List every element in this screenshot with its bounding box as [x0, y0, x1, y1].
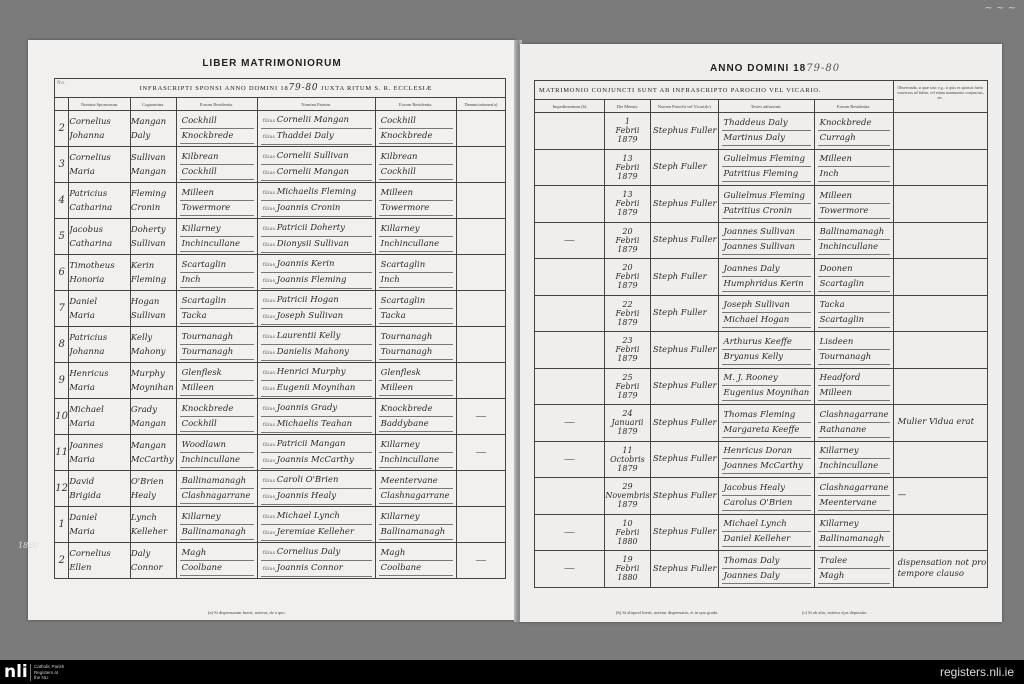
residence-line: Scartaglin [180, 294, 254, 309]
fathers-names-line: filius Thaddei Daly [261, 129, 372, 145]
table-row: —24Januarii1879Stephus FullerThomas Flem… [535, 405, 988, 442]
surnames-line: Moynihan [131, 381, 176, 395]
marriage-register-table: No. INFRASCRIPTI SPONSI ANNO DOMINI 1879… [54, 78, 506, 579]
residence-line: Kilbrean [180, 150, 254, 165]
witnesses-line: Joannes Sullivan [722, 240, 811, 255]
col-header: Nomen Parochi vel Vicarii(c) [650, 100, 718, 113]
groom-bride-names-line: Maria [69, 381, 130, 395]
table-row: 2CorneliusEllenDalyConnorMaghCoolbanefil… [55, 543, 506, 579]
witness-residence-line: Doonen [818, 262, 890, 277]
fathers-residence: TournanaghTournanagh [375, 327, 456, 363]
surnames-line: Connor [131, 561, 176, 575]
left-page: LIBER MATRIMONIORUM No. INFRASCRIPTI SPO… [28, 40, 516, 620]
table-row: 1DanielMariaLynchKelleherKillarneyBallin… [55, 507, 506, 543]
fathers-residence-line: Knockbrede [379, 402, 453, 417]
col-header: Cognomina. [130, 98, 176, 111]
observations [893, 186, 987, 223]
table-row: 11JoannesMariaManganMcCarthyWoodlawnInch… [55, 435, 506, 471]
fathers-names-line: filius Henrici Murphy [261, 365, 372, 381]
table-row: 22Febrii1879Steph FullerJoseph SullivanM… [535, 295, 988, 332]
groom-bride-names-line: Maria [69, 453, 130, 467]
witness-residence-line: Tacka [818, 298, 890, 313]
witnesses-line: Carolus O'Brien [722, 496, 811, 511]
groom-bride-names-line: Maria [69, 309, 130, 323]
witness-residence: HeadfordMilleen [814, 368, 893, 405]
priest-name: Stephus Fuller [650, 405, 718, 442]
groom-bride-names-line: Henricus [69, 367, 130, 381]
groom-bride-names-line: Honoria [69, 273, 130, 287]
fathers-names-line: filius Michaelis Fleming [261, 185, 372, 201]
groom-bride-names-line: Daniel [69, 511, 130, 525]
groom-bride-names: CorneliusEllen [69, 543, 131, 579]
table-row: —11Octobris1879Stephus FullerHenricus Do… [535, 441, 988, 478]
witnesses-line: Henricus Doran [722, 444, 811, 459]
surnames-line: Mahony [131, 345, 176, 359]
groom-bride-names-line: Catharina [69, 201, 130, 215]
residence: KnockbredeCockhill [176, 399, 257, 435]
groom-bride-names: DavidBrigida [69, 471, 131, 507]
fathers-residence-line: Milleen [379, 186, 453, 201]
fathers-names-line: filius Joannis Fleming [261, 273, 372, 289]
witness-residence-line: Killarney [818, 517, 890, 532]
residence-line: Knockbrede [180, 402, 254, 417]
fathers-residence-line: Inchincullane [379, 453, 453, 468]
entry-number: 1 [55, 507, 69, 543]
entry-number: 3 [55, 147, 69, 183]
fathers-residence: KillarneyInchincullane [375, 435, 456, 471]
residence: KilbreanCockhill [176, 147, 257, 183]
entry-number: 11 [55, 435, 69, 471]
site-link[interactable]: registers.nli.ie [940, 665, 1014, 679]
witnesses-line: Gulielmus Fleming [722, 189, 811, 204]
fathers-residence-line: Coolbane [379, 561, 453, 576]
observations [893, 441, 987, 478]
fathers-residence: KillarneyBallinamanagh [375, 507, 456, 543]
fathers-names-line: filius Laurentii Kelly [261, 329, 372, 345]
observations: Mulier Vidua erat [893, 405, 987, 442]
table-row: 13Febrii1879Steph FullerGulielmus Flemin… [535, 149, 988, 186]
fathers-names: filius Patricii Hoganfilius Joseph Sulli… [257, 291, 375, 327]
fathers-residence-line: Scartaglin [379, 294, 453, 309]
residence: BallinamanaghClashnagarrane [176, 471, 257, 507]
fathers-residence-line: Ballinamanagh [379, 525, 453, 540]
surnames-line: Mangan [131, 417, 176, 431]
fathers-names: filius Patricii Dohertyfilius Dionysii S… [257, 219, 375, 255]
surnames: DalyConnor [130, 543, 176, 579]
groom-bride-names: DanielMaria [69, 507, 131, 543]
fathers-names: filius Laurentii Kellyfilius Danielis Ma… [257, 327, 375, 363]
observations: dispensation not pro tempore clauso [893, 551, 987, 588]
denunciations [456, 111, 505, 147]
witness-residence-line: Meentervane [818, 496, 890, 511]
residence-line: Ballinamanagh [180, 474, 254, 489]
residence-line: Killarney [180, 222, 254, 237]
residence-line: Knockbrede [180, 129, 254, 144]
table-row: —20Febrii1879Stephus FullerJoannes Sulli… [535, 222, 988, 259]
impediment [535, 259, 605, 296]
fathers-residence-line: Killarney [379, 438, 453, 453]
residence: WoodlawnInchincullane [176, 435, 257, 471]
denunciations [456, 147, 505, 183]
surnames-line: Sullivan [131, 151, 176, 165]
surnames-line: Hogan [131, 295, 176, 309]
surnames: GradyMangan [130, 399, 176, 435]
groom-bride-names: CorneliusJohanna [69, 111, 131, 147]
witness-residence-line: Inchincullane [818, 459, 890, 474]
witness-residence-line: Ballinamanagh [818, 532, 890, 547]
priest-name: Stephus Fuller [650, 332, 718, 369]
surnames: KerinFleming [130, 255, 176, 291]
residence-line: Inch [180, 273, 254, 288]
witness-residence: ClashnagarraneMeentervane [814, 478, 893, 515]
groom-bride-names: DanielMaria [69, 291, 131, 327]
table-row: 7DanielMariaHoganSullivanScartaglinTacka… [55, 291, 506, 327]
marriage-date: 11Octobris1879 [605, 441, 651, 478]
witnesses: Joseph SullivanMichael Hogan [718, 295, 814, 332]
surnames-line: Daly [131, 129, 176, 143]
denunciations [456, 183, 505, 219]
groom-bride-names: JoannesMaria [69, 435, 131, 471]
impediment [535, 295, 605, 332]
fathers-residence: KnockbredeBaddybane [375, 399, 456, 435]
marriage-date: 24Januarii1879 [605, 405, 651, 442]
fathers-names-line: filius Patricii Mangan [261, 437, 372, 453]
col-header: Impedimentum (b) [535, 100, 605, 113]
groom-bride-names: TimotheusHonoria [69, 255, 131, 291]
residence: KillarneyInchincullane [176, 219, 257, 255]
residence: MaghCoolbane [176, 543, 257, 579]
fathers-names-line: filius Joannis Kerin [261, 257, 372, 273]
groom-bride-names-line: Patricius [69, 187, 130, 201]
witnesses-line: Margareta Keeffe [722, 423, 811, 438]
observations [893, 368, 987, 405]
fathers-residence-line: Tournanagh [379, 345, 453, 360]
col-header: Die Mensis. [605, 100, 651, 113]
fathers-residence-line: Towermore [379, 201, 453, 216]
witnesses-line: Bryanus Kelly [722, 350, 811, 365]
margin-year-note: 1880 [18, 541, 38, 550]
observations: — [893, 478, 987, 515]
witness-residence-line: Knockbrede [818, 116, 890, 131]
witnesses-line: Joannes Daly [722, 262, 811, 277]
fathers-residence-line: Glenflesk [379, 366, 453, 381]
fathers-residence-line: Clashnagarrane [379, 489, 453, 504]
fathers-residence-line: Cockhill [379, 114, 453, 129]
left-footnote: (a) Si dispensatum fuerit, notetur, de a… [208, 610, 286, 615]
witness-residence-line: Headford [818, 371, 890, 386]
residence: CockhillKnockbrede [176, 111, 257, 147]
witness-residence-line: Magh [818, 569, 890, 584]
residence-line: Cockhill [180, 165, 254, 180]
witness-residence: BallinamanaghInchincullane [814, 222, 893, 259]
denunciations [456, 219, 505, 255]
surnames-line: Mangan [131, 439, 176, 453]
fathers-names-line: filius Cornelii Mangan [261, 165, 372, 181]
groom-bride-names-line: Jacobus [69, 223, 130, 237]
witnesses: Gulielmus FlemingPatritius Cronin [718, 186, 814, 223]
fathers-names: filius Michael Lynchfilius Jeremiae Kell… [257, 507, 375, 543]
residence-line: Towermore [180, 201, 254, 216]
left-page-title: LIBER MATRIMONIORUM [28, 58, 516, 69]
groom-bride-names-line: Maria [69, 165, 130, 179]
residence: MilleenTowermore [176, 183, 257, 219]
fathers-names: filius Joannis Gradyfilius Michaelis Tea… [257, 399, 375, 435]
observations [893, 222, 987, 259]
fathers-residence: GlenfleskMilleen [375, 363, 456, 399]
groom-bride-names-line: David [69, 475, 130, 489]
residence-line: Cockhill [180, 417, 254, 432]
witness-residence: KillarneyBallinamanagh [814, 514, 893, 551]
fathers-residence-line: Cockhill [379, 165, 453, 180]
denunciations: — [456, 435, 505, 471]
fathers-names-line: filius Cornelii Sullivan [261, 149, 372, 165]
groom-bride-names-line: Johanna [69, 129, 130, 143]
table-caption: MATRIMONIO CONJUNCTI SUNT AB INFRASCRIPT… [535, 81, 894, 100]
residence: TournanaghTournanagh [176, 327, 257, 363]
surnames-line: Mangan [131, 165, 176, 179]
denunciations [456, 507, 505, 543]
fathers-names: filius Caroli O'Brienfilius Joannis Heal… [257, 471, 375, 507]
groom-bride-names-line: Brigida [69, 489, 130, 503]
witness-residence: TackaScartaglin [814, 295, 893, 332]
surnames-line: Kerin [131, 259, 176, 273]
groom-bride-names-line: Timotheus [69, 259, 130, 273]
denunciations [456, 363, 505, 399]
fathers-residence-line: Inch [379, 273, 453, 288]
table-row: 1Febrii1879Stephus FullerThaddeus DalyMa… [535, 113, 988, 150]
groom-bride-names-line: Catharina [69, 237, 130, 251]
witness-residence-line: Clashnagarrane [818, 408, 890, 423]
residence-line: Killarney [180, 510, 254, 525]
fathers-residence-line: Tournanagh [379, 330, 453, 345]
table-row: 12DavidBrigidaO'BrienHealyBallinamanaghC… [55, 471, 506, 507]
residence-line: Tacka [180, 309, 254, 324]
fathers-residence-line: Kilbrean [379, 150, 453, 165]
marriage-date: 22Febrii1879 [605, 295, 651, 332]
impediment: — [535, 222, 605, 259]
col-header-no [55, 98, 69, 111]
residence-line: Tournanagh [180, 345, 254, 360]
fathers-residence-line: Scartaglin [379, 258, 453, 273]
col-header: Denunciationes(a) [456, 98, 505, 111]
fathers-names-line: filius Caroli O'Brien [261, 473, 372, 489]
witness-residence-line: Killarney [818, 444, 890, 459]
fathers-residence-line: Magh [379, 546, 453, 561]
groom-bride-names-line: Daniel [69, 295, 130, 309]
groom-bride-names-line: Michael [69, 403, 130, 417]
witness-residence-line: Milleen [818, 386, 890, 401]
witnesses: Jacobus HealyCarolus O'Brien [718, 478, 814, 515]
fathers-residence: ScartaglinInch [375, 255, 456, 291]
denunciations [456, 327, 505, 363]
witness-residence: MilleenTowermore [814, 186, 893, 223]
residence-line: Inchincullane [180, 453, 254, 468]
witnesses: Michael LynchDaniel Kelleher [718, 514, 814, 551]
residence-line: Clashnagarrane [180, 489, 254, 504]
right-page: ANNO DOMINI 1879-80 MATRIMONIO CONJUNCTI… [520, 44, 1002, 622]
table-row: 5JacobusCatharinaDohertySullivanKillarne… [55, 219, 506, 255]
witness-residence: TraleeMagh [814, 551, 893, 588]
fathers-names-line: filius Patricii Doherty [261, 221, 372, 237]
witnesses-line: M. J. Rooney [722, 371, 811, 386]
fathers-residence-line: Tacka [379, 309, 453, 324]
surnames-line: Daly [131, 547, 176, 561]
table-row: 4PatriciusCatharinaFlemingCroninMilleenT… [55, 183, 506, 219]
fathers-names-line: filius Cornelii Mangan [261, 113, 372, 129]
corner-scribble: ~ ~ ~ [985, 3, 1017, 14]
table-row: 9HenricusMariaMurphyMoynihanGlenfleskMil… [55, 363, 506, 399]
groom-bride-names: HenricusMaria [69, 363, 131, 399]
fathers-residence-line: Killarney [379, 222, 453, 237]
residence: GlenfleskMilleen [176, 363, 257, 399]
residence: ScartaglinInch [176, 255, 257, 291]
fathers-names-line: filius Eugenii Moynihan [261, 381, 372, 397]
residence-line: Milleen [180, 186, 254, 201]
entry-number: 10 [55, 399, 69, 435]
fathers-names-line: filius Michaelis Teahan [261, 417, 372, 433]
table-row: 23Febrii1879Stephus FullerArthurus Keeff… [535, 332, 988, 369]
table-row: 25Febrii1879Stephus FullerM. J. RooneyEu… [535, 368, 988, 405]
surnames-line: Mangan [131, 115, 176, 129]
residence: KillarneyBallinamanagh [176, 507, 257, 543]
residence: ScartaglinTacka [176, 291, 257, 327]
surnames: ManganMcCarthy [130, 435, 176, 471]
table-row: 13Febrii1879Stephus FullerGulielmus Flem… [535, 186, 988, 223]
witnesses-line: Humphridus Kerin [722, 277, 811, 292]
fathers-names-line: filius Patricii Hogan [261, 293, 372, 309]
fathers-names: filius Cornelii Sullivanfilius Cornelii … [257, 147, 375, 183]
witnesses-line: Daniel Kelleher [722, 532, 811, 547]
table-row: 29Novembris1879Stephus FullerJacobus Hea… [535, 478, 988, 515]
witnesses-line: Joannes Sullivan [722, 225, 811, 240]
fathers-residence: ScartaglinTacka [375, 291, 456, 327]
witness-residence: DoonenScartaglin [814, 259, 893, 296]
impediment: — [535, 514, 605, 551]
marriage-date: 29Novembris1879 [605, 478, 651, 515]
witness-residence-line: Scartaglin [818, 313, 890, 328]
witnesses-line: Patritius Fleming [722, 167, 811, 182]
observations [893, 332, 987, 369]
impediment: — [535, 441, 605, 478]
observations [893, 113, 987, 150]
witness-residence: MilleenInch [814, 149, 893, 186]
witness-residence-line: Milleen [818, 189, 890, 204]
witness-residence: KnockbredeCurragh [814, 113, 893, 150]
surnames-line: Cronin [131, 201, 176, 215]
witness-residence-line: Tralee [818, 554, 890, 569]
entry-number: 8 [55, 327, 69, 363]
nli-logo[interactable]: nli [4, 663, 28, 681]
surnames-line: O'Brien [131, 475, 176, 489]
footnote-c: (c) Si ab alio, notetur ejus deputatio. [802, 610, 867, 615]
surnames: KellyMahony [130, 327, 176, 363]
fathers-names: filius Patricii Manganfilius Joannis McC… [257, 435, 375, 471]
entry-number: 2 [55, 543, 69, 579]
surnames-line: Doherty [131, 223, 176, 237]
col-header: Testes adfuerunt. [718, 100, 814, 113]
surnames: HoganSullivan [130, 291, 176, 327]
impediment [535, 186, 605, 223]
marriage-date: 10Febrii1880 [605, 514, 651, 551]
surnames-line: Sullivan [131, 309, 176, 323]
witnesses-line: Thomas Fleming [722, 408, 811, 423]
fathers-residence: KilbreanCockhill [375, 147, 456, 183]
fathers-names: filius Michaelis Flemingfilius Joannis C… [257, 183, 375, 219]
priest-name: Stephus Fuller [650, 186, 718, 223]
surnames-line: Fleming [131, 273, 176, 287]
groom-bride-names-line: Patricius [69, 331, 130, 345]
impediment: — [535, 405, 605, 442]
entry-number: 5 [55, 219, 69, 255]
fathers-names: filius Cornelii Manganfilius Thaddei Dal… [257, 111, 375, 147]
fathers-names-line: filius Jeremiae Kelleher [261, 525, 372, 541]
surnames: MurphyMoynihan [130, 363, 176, 399]
fathers-names: filius Henrici Murphyfilius Eugenii Moyn… [257, 363, 375, 399]
priest-name: Steph Fuller [650, 149, 718, 186]
witnesses-line: Martinus Daly [722, 131, 811, 146]
witness-residence-line: Inchincullane [818, 240, 890, 255]
marriage-date: 25Febrii1879 [605, 368, 651, 405]
impediment [535, 332, 605, 369]
fathers-names-line: filius Cornelius Daly [261, 545, 372, 561]
witness-residence-line: Milleen [818, 152, 890, 167]
marriage-date: 20Febrii1879 [605, 259, 651, 296]
witnesses: Thomas DalyJoannes Daly [718, 551, 814, 588]
fathers-residence-line: Knockbrede [379, 129, 453, 144]
surnames-line: McCarthy [131, 453, 176, 467]
residence-line: Tournanagh [180, 330, 254, 345]
residence-line: Magh [180, 546, 254, 561]
surnames: O'BrienHealy [130, 471, 176, 507]
priest-name: Stephus Fuller [650, 441, 718, 478]
priest-name: Steph Fuller [650, 295, 718, 332]
witnesses-line: Michael Lynch [722, 517, 811, 532]
groom-bride-names-line: Maria [69, 417, 130, 431]
denunciations: — [456, 543, 505, 579]
fathers-names-line: filius Joannis Cronin [261, 201, 372, 217]
right-page-title: ANNO DOMINI 1879-80 [710, 63, 840, 74]
surnames-line: Murphy [131, 367, 176, 381]
groom-bride-names-line: Johanna [69, 345, 130, 359]
priest-name: Stephus Fuller [650, 478, 718, 515]
witness-residence: ClashnagarraneRathanane [814, 405, 893, 442]
nli-logo-caption: Catholic Parish Registers at the NLI [30, 664, 64, 681]
denunciations [456, 291, 505, 327]
surnames-line: Kelly [131, 331, 176, 345]
residence-line: Milleen [180, 381, 254, 396]
fathers-names-line: filius Joannis Healy [261, 489, 372, 505]
groom-bride-names: PatriciusCatharina [69, 183, 131, 219]
observations [893, 149, 987, 186]
priest-name: Stephus Fuller [650, 222, 718, 259]
groom-bride-names-line: Cornelius [69, 151, 130, 165]
denunciations [456, 471, 505, 507]
witness-residence-line: Rathanane [818, 423, 890, 438]
groom-bride-names: CorneliusMaria [69, 147, 131, 183]
witness-residence-line: Ballinamanagh [818, 225, 890, 240]
fathers-residence-line: Inchincullane [379, 237, 453, 252]
residence-line: Cockhill [180, 114, 254, 129]
surnames: DohertySullivan [130, 219, 176, 255]
denunciations: — [456, 399, 505, 435]
witness-residence-line: Clashnagarrane [818, 481, 890, 496]
priest-name: Steph Fuller [650, 259, 718, 296]
table-row: 8PatriciusJohannaKellyMahonyTournanaghTo… [55, 327, 506, 363]
groom-bride-names: JacobusCatharina [69, 219, 131, 255]
surnames-line: Sullivan [131, 237, 176, 251]
witnesses-line: Thomas Daly [722, 554, 811, 569]
witnesses-line: Eugenius Moynihan [722, 386, 811, 401]
